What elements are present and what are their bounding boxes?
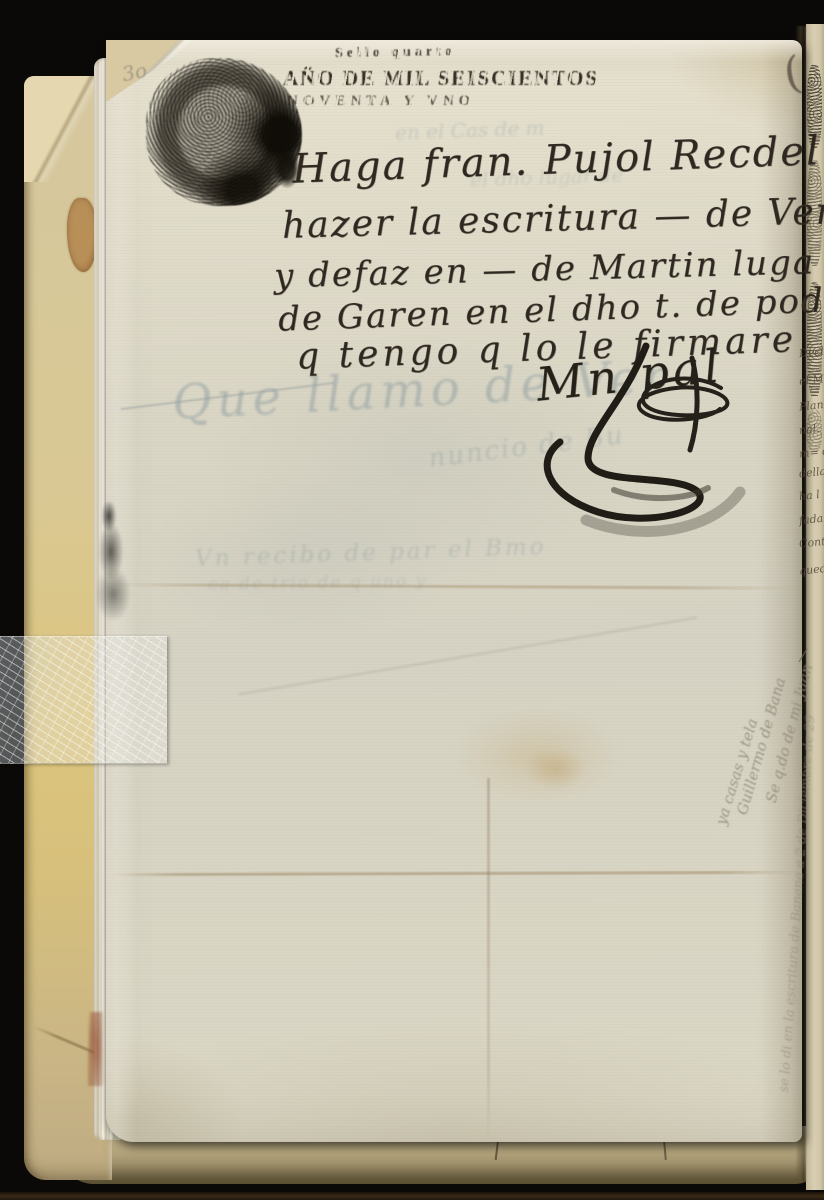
- scan-bed-edge: [0, 1192, 824, 1200]
- fold-crease: [110, 871, 800, 876]
- ink-smudge-stain: [90, 502, 132, 620]
- plastic-tape-strip: [0, 636, 168, 764]
- fiscal-stamp-line-3: NOVENTA Y VNO: [287, 93, 475, 110]
- showthrough-text: Vn recibo de par el Bmo: [195, 534, 547, 572]
- fold-crease: [487, 778, 490, 1142]
- manuscript-line-2: hazer la escritura — de Venta: [282, 190, 824, 247]
- corner-mark: 3o: [120, 58, 149, 87]
- fiscal-stamp-line-2: AÑO DE MIL SEISCIENTOS: [283, 66, 599, 91]
- pencil-streak: [238, 617, 697, 696]
- manuscript-line-1: Haga fran. Pujol Recdel md: [291, 125, 824, 192]
- manuscript-page: Sello quarto AÑO DE MIL SEISCIENTOS NOVE…: [106, 40, 802, 1142]
- manuscript-scan: Sello quarto AÑO DE MIL SEISCIENTOS NOVE…: [0, 0, 824, 1200]
- fiscal-stamp-line-1: Sello quarto: [335, 44, 456, 62]
- folio-text-fragment: el Mar: [798, 371, 824, 388]
- vellum-repair-patch: [67, 198, 97, 272]
- folio-text-fragment: ha l: [798, 488, 820, 503]
- folio-text-fragment: Cont.: [798, 534, 824, 550]
- folio-text-fragment: Plana: [798, 397, 824, 413]
- stamp-fragment: [807, 160, 822, 266]
- folio-text-fragment: nal.: [798, 422, 820, 437]
- signature-rubric-flourish: [526, 340, 762, 550]
- folio-text-fragment: m= d: [798, 444, 824, 460]
- foxing-stain: [526, 748, 586, 790]
- stamp-fragment: [807, 64, 822, 148]
- folio-text-fragment: queda: [798, 561, 824, 578]
- folio-text-fragment: fada: [798, 512, 823, 527]
- edge-wear-stain: [88, 1012, 104, 1086]
- showthrough-text: ca de trio de q uno y: [208, 571, 428, 595]
- folio-text-fragment: della: [798, 465, 824, 481]
- folio-text-fragment: Decl: [798, 345, 824, 361]
